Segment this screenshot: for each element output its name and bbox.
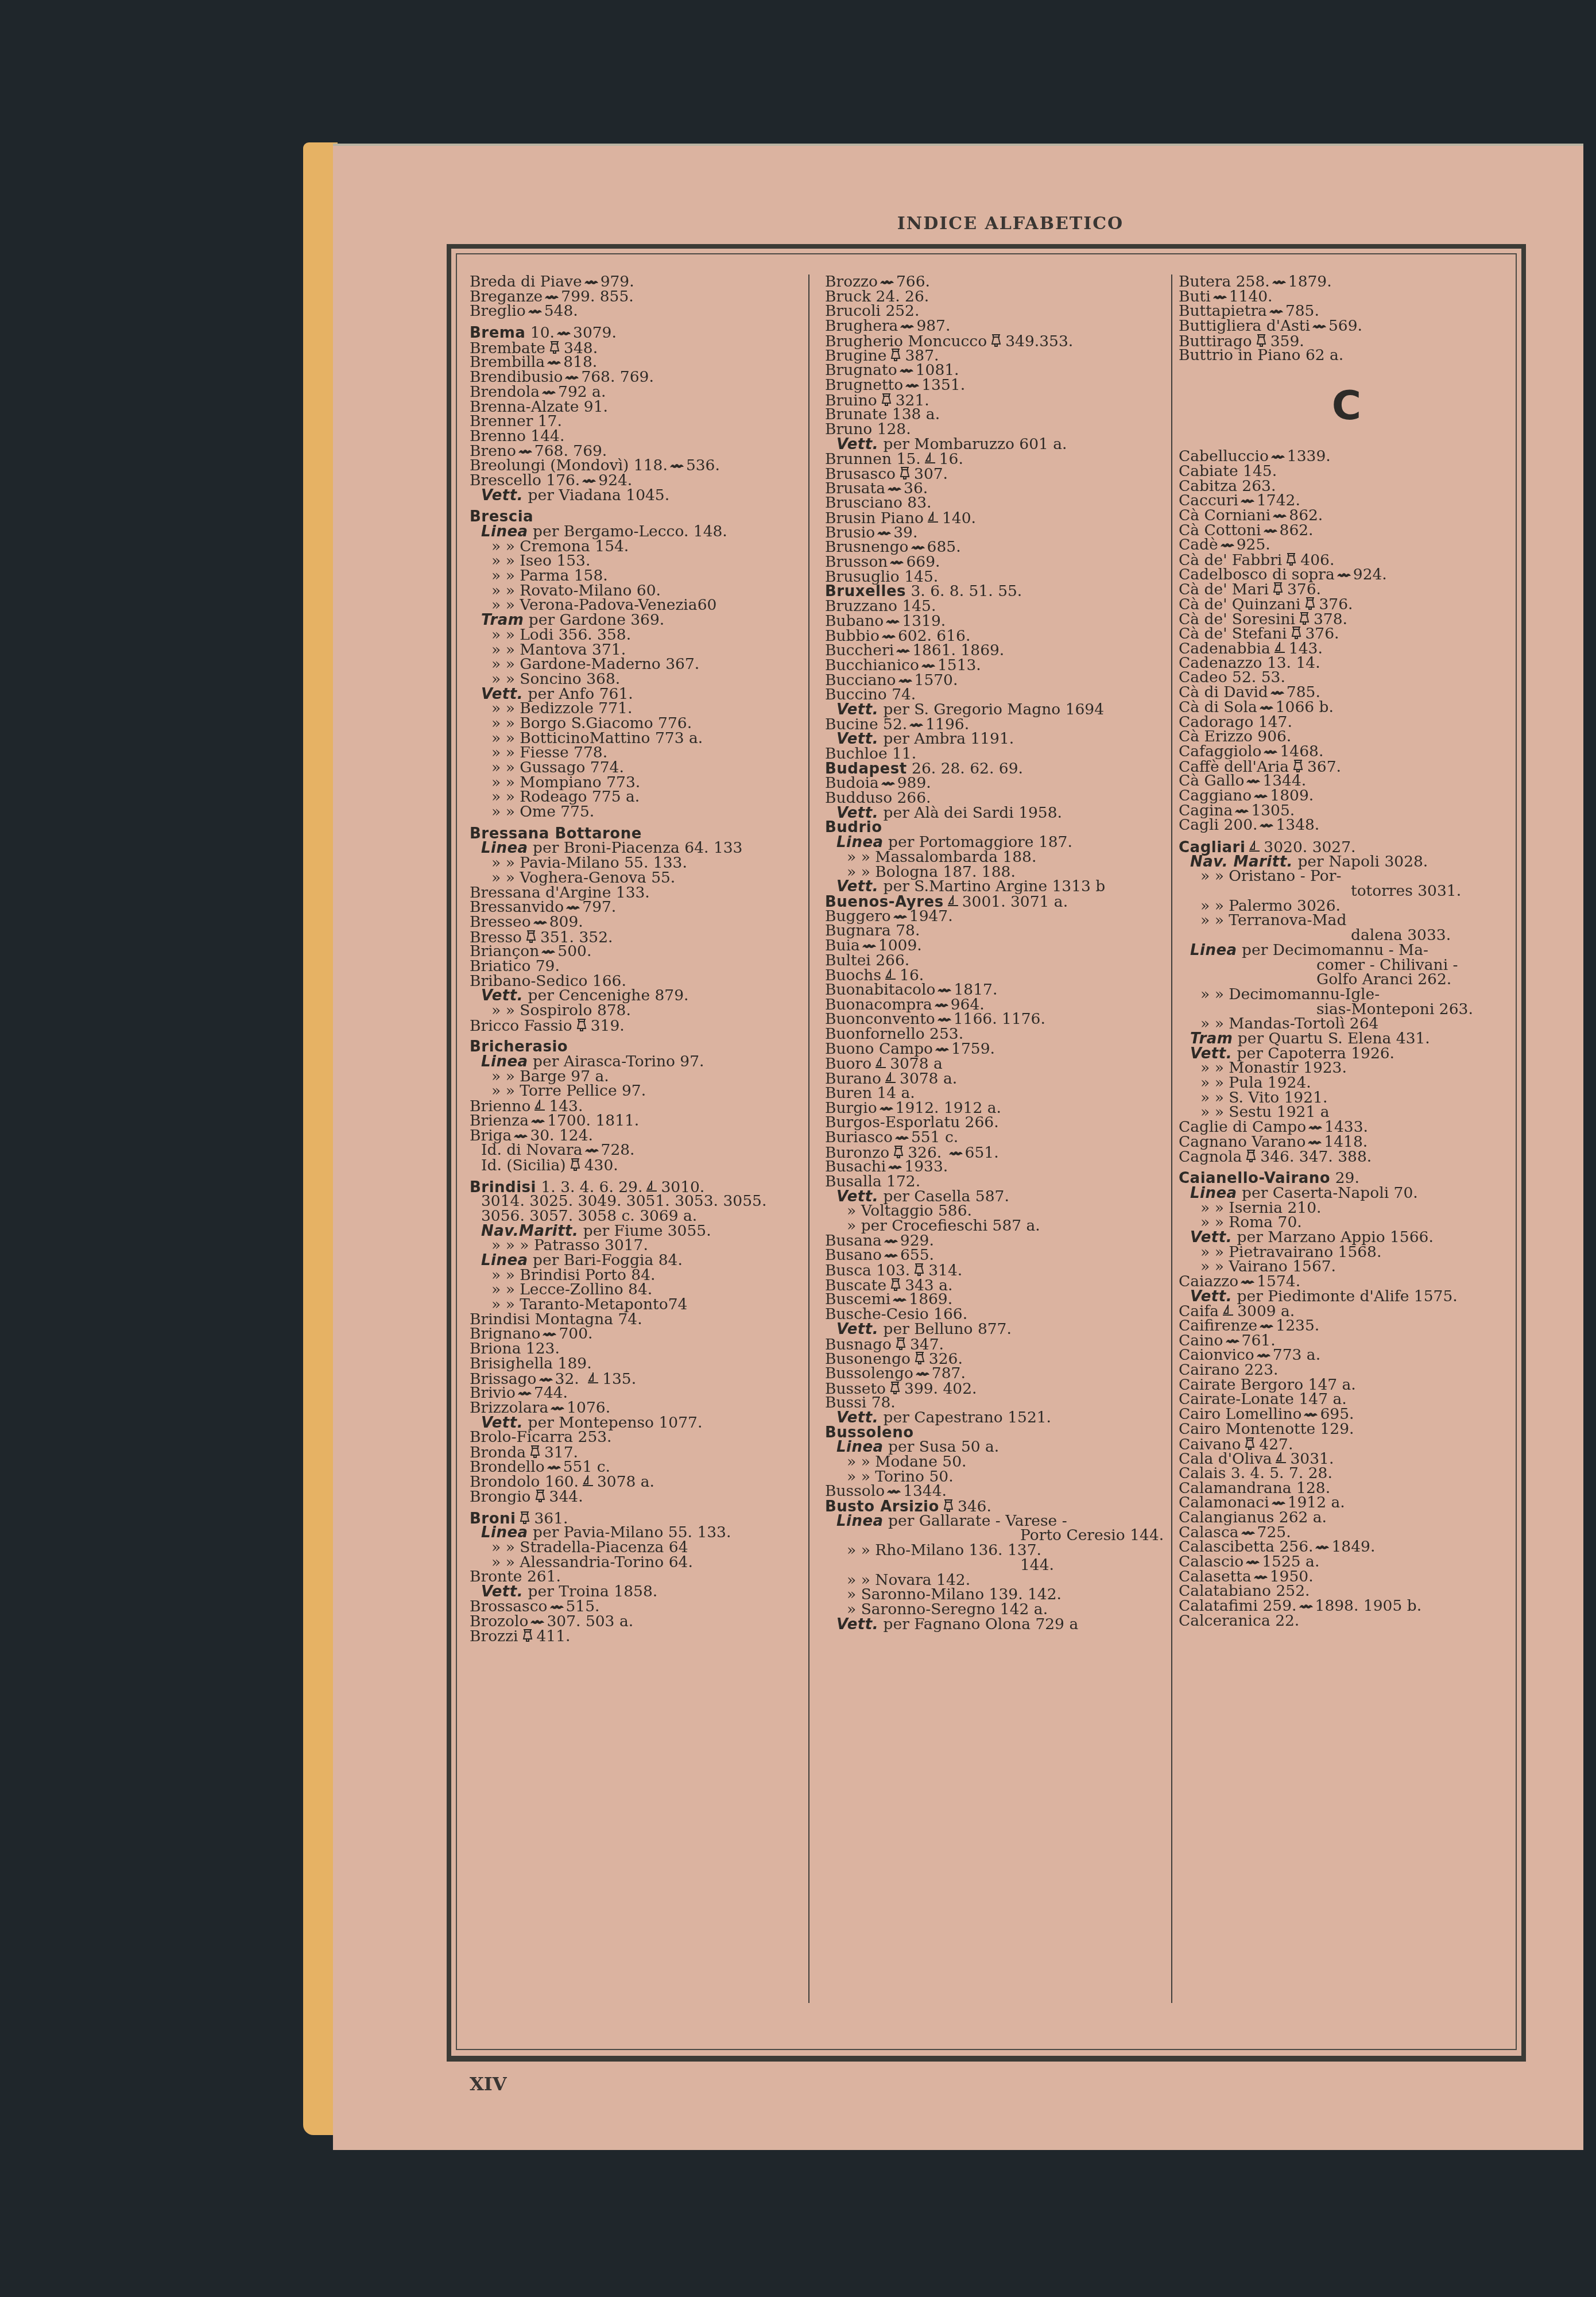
entry-name: per S. Gregorio Magno 1694	[884, 701, 1105, 718]
entry-refs: 399. 402.	[904, 1380, 977, 1398]
carriage-icon	[1253, 790, 1269, 801]
entry-refs: 411.	[537, 1627, 571, 1645]
entry-name: Brozzi	[470, 1627, 518, 1645]
carriage-icon	[538, 1373, 554, 1385]
entry-refs: 344.	[549, 1488, 583, 1506]
tram-icon	[527, 1445, 543, 1456]
index-entry: Brienza1700. 1811.	[470, 1113, 800, 1128]
tram-icon	[878, 393, 894, 404]
entry-refs: 430.	[584, 1157, 618, 1174]
carriage-icon	[556, 327, 572, 338]
entry-name: Bussolo	[825, 1482, 885, 1500]
carriage-icon	[1245, 775, 1261, 786]
tram-icon	[887, 1381, 903, 1393]
entry-name: Cagli 200.	[1179, 816, 1257, 834]
tram-icon	[520, 1629, 536, 1640]
column-divider	[808, 274, 809, 2003]
tram-icon	[574, 1018, 590, 1030]
carriage-icon	[908, 718, 924, 730]
entry-refs: 1344.	[903, 1482, 947, 1500]
tram-icon	[517, 1511, 533, 1522]
tram-icon	[888, 1278, 904, 1289]
index-entry: Id. (Sicilia)430.	[470, 1158, 800, 1173]
entry-refs: 700.	[559, 1325, 592, 1343]
section-letter: C	[1179, 363, 1514, 449]
entry-refs: 1348.	[1276, 816, 1319, 834]
entry-refs: 924.	[1353, 566, 1387, 583]
carriage-icon	[565, 901, 581, 912]
carriage-icon	[1336, 569, 1352, 580]
index-entry: Bresseo809.	[470, 915, 800, 930]
carriage-icon	[1272, 509, 1288, 521]
carriage-icon	[1253, 1571, 1269, 1582]
index-entry: Cadè925.	[1179, 537, 1514, 552]
index-entry: Buoro3078 a	[825, 1056, 1167, 1071]
tram-icon	[1290, 759, 1306, 771]
carriage-icon	[532, 916, 548, 927]
tram-icon	[547, 341, 563, 352]
column-divider	[1171, 274, 1172, 2003]
entry-name: Id. (Sicilia)	[481, 1157, 566, 1174]
entry-refs: 1166. 1176.	[954, 1010, 1045, 1028]
index-entry: Brozolo307. 503 a.	[470, 1614, 800, 1629]
carriage-icon	[1262, 524, 1279, 536]
index-entry: Cà Cottoni862.	[1179, 523, 1514, 538]
entry-refs: 548.	[544, 302, 578, 320]
index-entry: Cà de' Quinzani376.	[1179, 597, 1514, 612]
carriage-icon	[920, 659, 936, 671]
index-entry: Busano655.	[825, 1248, 1167, 1263]
index-column-2: Brozzo766.Bruck 24. 26.Brucoli 252.Brugh…	[825, 274, 1167, 1631]
tram-icon	[888, 348, 904, 359]
tram-icon	[890, 1145, 907, 1157]
carriage-icon	[883, 1249, 899, 1260]
carriage-icon	[936, 1013, 952, 1024]
carriage-icon	[904, 379, 920, 390]
index-entry: Vett. per S.Martino Argine 1313 b	[825, 879, 1167, 894]
index-entry: Cagli 200.1348.	[1179, 818, 1514, 833]
index-entry: Breglio548.	[470, 304, 800, 319]
entry-refs: 346. 347. 388.	[1260, 1148, 1372, 1166]
entry-refs: 1849.	[1331, 1538, 1375, 1556]
index-entry: Brozzi411.	[470, 1629, 800, 1644]
carriage-icon	[883, 1235, 899, 1246]
carriage-icon	[581, 474, 597, 486]
index-entry: Brongio344.	[470, 1489, 800, 1504]
carriage-icon	[933, 999, 950, 1010]
index-entry: Buttrio in Piano 62 a.	[1179, 348, 1514, 363]
carriage-icon	[1234, 805, 1250, 816]
entry-name: Porto Ceresio 144.	[1020, 1526, 1164, 1544]
carriage-icon	[529, 1615, 545, 1627]
ship-icon	[882, 1071, 898, 1082]
index-entry: Vett. per Capestrano 1521.	[825, 1410, 1167, 1425]
carriage-icon	[886, 482, 902, 494]
index-entry: Caifirenze1235.	[1179, 1318, 1514, 1333]
index-entry: Vett. per Viadana 1045.	[470, 488, 800, 503]
entry-refs: 3001. 3071 a.	[962, 893, 1068, 911]
carriage-icon	[1239, 1275, 1256, 1287]
carriage-icon	[1212, 291, 1228, 302]
entry-refs: 3078 a.	[597, 1473, 654, 1491]
carriage-icon	[546, 1461, 562, 1472]
carriage-icon	[1268, 305, 1284, 316]
carriage-icon	[886, 1485, 902, 1496]
page-edge-strip	[303, 142, 338, 2135]
index-entry: Buriasco551 c.	[825, 1130, 1167, 1145]
index-entry: Vett. per Belluno 877.	[825, 1322, 1167, 1337]
carriage-icon	[894, 1131, 910, 1143]
carriage-icon	[1307, 1121, 1323, 1132]
entry-refs: 1898. 1905 b.	[1315, 1597, 1422, 1615]
carriage-icon	[541, 386, 557, 397]
index-entry: » » Torre Pellice 97.	[470, 1084, 800, 1099]
tram-icon	[1302, 597, 1318, 608]
index-entry: Brisighella 189.	[470, 1356, 800, 1371]
index-entry: Cà de' Mari376.	[1179, 582, 1514, 597]
entry-refs: 367.	[1307, 758, 1341, 776]
ship-icon	[925, 511, 941, 522]
index-entry: Caivano427.	[1179, 1437, 1514, 1452]
index-entry: Brema 10.3079.	[470, 326, 800, 341]
entry-name: Brongio	[470, 1488, 531, 1506]
entry-name: Breglio	[470, 302, 526, 320]
index-entry: Vett. per Mombaruzzo 601 a.	[825, 437, 1167, 452]
ship-icon	[882, 968, 898, 979]
ship-icon	[532, 1099, 548, 1110]
index-entry: » » Oristano - Por-	[1179, 869, 1514, 884]
index-entry: Brolo-Ficarra 253.	[470, 1430, 800, 1445]
tram-icon	[1243, 1149, 1259, 1161]
index-entry: Brondello551 c.	[470, 1460, 800, 1475]
carriage-icon	[527, 305, 543, 316]
entry-name: 144.	[1020, 1556, 1054, 1574]
index-entry: Brusciano 83.	[825, 496, 1167, 511]
index-entry: Bugnara 78.	[825, 923, 1167, 938]
tram-icon	[940, 1499, 956, 1510]
carriage-icon	[540, 945, 556, 957]
entry-refs: 500.	[557, 942, 591, 960]
carriage-icon	[1245, 1556, 1261, 1567]
index-entry: Brunnen 15.16.	[825, 451, 1167, 466]
carriage-icon	[934, 1043, 950, 1054]
carriage-icon	[892, 910, 908, 922]
carriage-icon	[892, 1293, 908, 1305]
tram-icon	[893, 1337, 909, 1348]
carriage-icon	[1271, 276, 1287, 287]
entry-name: » » Oristano - Por-	[1200, 867, 1341, 885]
carriage-icon	[1303, 1408, 1319, 1420]
entry-refs: 349.353.	[1005, 332, 1073, 350]
index-entry: Calceranica 22.	[1179, 1614, 1514, 1629]
entry-refs: 797.	[582, 898, 616, 916]
carriage-icon	[861, 939, 877, 951]
index-entry: » » Ome 775.	[470, 805, 800, 819]
carriage-icon	[881, 630, 897, 641]
tram-icon	[912, 1351, 928, 1363]
carriage-icon	[530, 1115, 546, 1126]
index-entry: » » Rho-Milano 136. 137.	[825, 1543, 1167, 1558]
index-entry: Bussolo1344.	[825, 1484, 1167, 1499]
carriage-icon	[880, 777, 896, 788]
tram-icon	[1283, 552, 1299, 564]
transport-type: Vett.	[836, 878, 878, 895]
entry-refs: 569.	[1328, 317, 1362, 335]
ship-icon	[1272, 641, 1288, 652]
tram-icon	[532, 1489, 548, 1501]
carriage-icon	[517, 1387, 533, 1398]
entry-refs: 135.	[602, 1370, 636, 1388]
index-entry: Brughera987.	[825, 319, 1167, 334]
transport-type: Vett.	[481, 487, 523, 504]
carriage-icon	[549, 1600, 565, 1612]
carriage-icon	[1258, 819, 1275, 830]
index-entry: » » Soncino 368.	[470, 672, 800, 687]
entry-refs: 1570.	[915, 671, 958, 689]
ship-icon	[1273, 1451, 1289, 1463]
index-entry: Brissago32. 135.	[470, 1371, 800, 1386]
entry-name: per Belluno 877.	[884, 1320, 1012, 1338]
ship-icon	[1220, 1304, 1236, 1315]
index-entry: Buono Campo1759.	[825, 1042, 1167, 1057]
entry-name: Buttrio in Piano 62 a.	[1179, 346, 1343, 364]
transport-type: Linea	[1190, 942, 1237, 959]
carriage-icon	[1269, 686, 1285, 698]
carriage-icon	[895, 644, 911, 656]
index-entry: Brondolo 160.3078 a.	[470, 1474, 800, 1489]
carriage-icon	[1256, 1349, 1272, 1360]
carriage-icon	[1314, 1541, 1330, 1552]
carriage-icon	[517, 445, 533, 457]
entry-name: Bricco Fassio	[470, 1017, 572, 1035]
page-header: INDICE ALFABETICO	[827, 214, 1194, 234]
entry-refs: 1339.	[1287, 447, 1331, 465]
tram-icon	[1288, 626, 1304, 637]
entry-name: Calceranica 22.	[1179, 1612, 1299, 1630]
carriage-icon	[878, 1102, 894, 1113]
index-entry: Cagnola346. 347. 388.	[1179, 1149, 1514, 1164]
carriage-icon	[1270, 450, 1286, 462]
ship-icon	[644, 1180, 660, 1191]
index-entry: Brenno 144.	[470, 429, 800, 444]
carriage-icon	[584, 1144, 600, 1155]
tram-icon	[911, 1263, 927, 1274]
carriage-icon	[889, 556, 905, 567]
index-entry: Bussolengo787.	[825, 1366, 1167, 1381]
index-entry: Cà de' Soresini378.	[1179, 612, 1514, 627]
tram-icon	[1242, 1437, 1258, 1448]
ship-icon	[945, 894, 961, 906]
tram-icon	[1296, 612, 1312, 623]
tram-icon	[1270, 582, 1286, 593]
page-number: XIV	[470, 2073, 507, 2095]
tram-icon	[897, 466, 913, 478]
entry-refs: 651.	[965, 1144, 999, 1162]
carriage-icon	[549, 1402, 565, 1413]
carriage-icon	[897, 674, 913, 686]
carriage-icon	[885, 615, 901, 627]
carriage-icon	[1225, 1335, 1241, 1346]
tram-icon	[1253, 334, 1269, 345]
carriage-icon	[1239, 494, 1256, 506]
index-entry: Cairo Montenotte 129.	[1179, 1422, 1514, 1437]
index-entry: Cafaggiolo1468.	[1179, 744, 1514, 759]
transport-type: Vett.	[836, 1616, 878, 1633]
index-column-1: Breda di Piave979.Breganze799. 855.Bregl…	[470, 274, 800, 1644]
ship-icon	[585, 1371, 601, 1383]
ship-icon	[922, 451, 938, 463]
carriage-icon	[669, 459, 685, 471]
index-entry: Bultei 266.	[825, 953, 1167, 968]
index-entry: Busnago347.	[825, 1337, 1167, 1352]
transport-type: Linea	[836, 1513, 884, 1530]
entry-name: » » Ome 775.	[491, 803, 594, 821]
entry-name: per Fagnano Olona 729 a	[884, 1615, 1079, 1633]
ship-icon	[1246, 840, 1262, 851]
ship-icon	[873, 1056, 889, 1068]
entry-refs: 1759.	[951, 1040, 995, 1058]
carriage-icon	[948, 1147, 964, 1158]
index-entry: » » Sospirolo 878.	[470, 1003, 800, 1018]
carriage-icon	[876, 527, 892, 538]
entry-name: per Alà dei Sardi 1958.	[884, 804, 1062, 822]
carriage-icon	[887, 1161, 903, 1172]
entry-refs: 319.	[591, 1017, 625, 1035]
index-entry: Bricco Fassio319.	[470, 1018, 800, 1033]
index-column-3: Butera 258.1879.Buti1140.Buttapietra785.…	[1179, 274, 1514, 1628]
entry-refs: 1879.	[1288, 273, 1332, 291]
tram-icon	[988, 334, 1004, 345]
entry-name: » » Rho-Milano 136. 137.	[847, 1541, 1041, 1559]
index-entry: Id. di Novara728.	[470, 1143, 800, 1158]
carriage-icon	[899, 320, 915, 331]
carriage-icon	[936, 984, 952, 995]
entry-refs: 862.	[1280, 521, 1314, 539]
index-entry: Brugnetto1351.	[825, 378, 1167, 393]
carriage-icon	[513, 1130, 529, 1141]
carriage-icon	[910, 541, 926, 552]
carriage-icon	[1307, 1136, 1323, 1147]
carriage-icon	[1258, 701, 1275, 713]
ship-icon	[580, 1474, 596, 1486]
carriage-icon	[1298, 1600, 1314, 1611]
index-entry: Busca 103.314.	[825, 1263, 1167, 1278]
index-entry: Cà de' Stefani376.	[1179, 626, 1514, 641]
entry-name: totorres 3031.	[1351, 882, 1461, 900]
carriage-icon	[1270, 1496, 1287, 1508]
entry-refs: 1235.	[1276, 1317, 1319, 1335]
carriage-icon	[915, 1367, 931, 1379]
carriage-icon	[541, 1328, 557, 1339]
index-entry: Cagnano Varano1418.	[1179, 1135, 1514, 1150]
entry-refs: 140.	[942, 509, 976, 527]
tram-icon	[523, 930, 539, 941]
carriage-icon	[879, 276, 895, 287]
index-entry: Cadelbosco di sopra924.	[1179, 567, 1514, 582]
carriage-icon	[546, 356, 562, 368]
carriage-icon	[564, 371, 580, 382]
entry-name: per Viadana 1045.	[528, 486, 670, 504]
carriage-icon	[1240, 1526, 1256, 1538]
entry-name: Cagnola	[1179, 1148, 1242, 1166]
index-entry: Vett. per Alà dei Sardi 1958.	[825, 806, 1167, 821]
entry-name: » » Terranova-Mad	[1200, 911, 1346, 929]
carriage-icon	[544, 291, 560, 302]
index-entry: Brusin Piano140.	[825, 511, 1167, 525]
carriage-icon	[1219, 539, 1235, 550]
entry-refs: 536.	[686, 457, 720, 474]
carriage-icon	[1258, 1320, 1275, 1331]
index-entry: Vett. per Fagnano Olona 729 a	[825, 1617, 1167, 1632]
carriage-icon	[1262, 745, 1279, 757]
index-entry: » » Terranova-Mad	[1179, 913, 1514, 928]
index-entry: Buttigliera d'Asti569.	[1179, 319, 1514, 334]
carriage-icon	[583, 276, 599, 287]
entry-refs: 773 a.	[1273, 1346, 1320, 1364]
index-entry: Brugherio Moncucco349.353.	[825, 334, 1167, 349]
index-entry: Vett. per Piedimonte d'Alife 1575.	[1179, 1289, 1514, 1304]
carriage-icon	[1311, 320, 1327, 331]
carriage-icon	[898, 364, 915, 376]
tram-icon	[567, 1158, 583, 1169]
